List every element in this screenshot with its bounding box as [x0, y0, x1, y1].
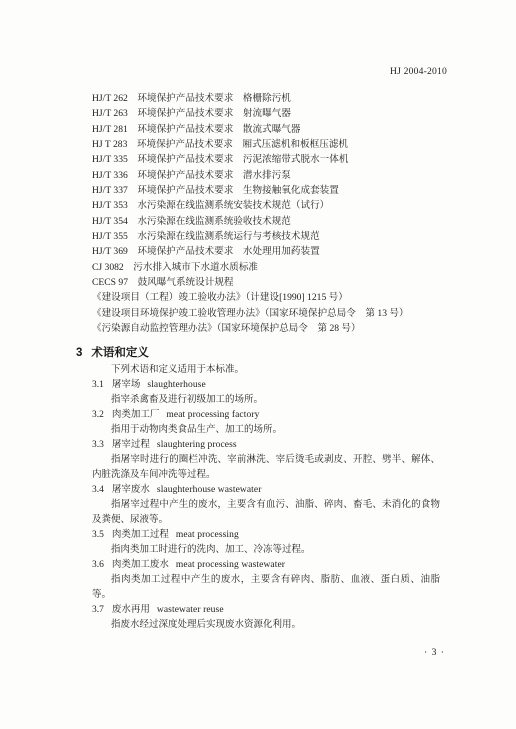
term-name-zh: 屠宰场 [112, 380, 141, 390]
reference-item: HJ/T 354 水污染源在线监测系统验收技术规范 [92, 214, 446, 229]
reference-item: HJ/T 335 环境保护产品技术要求 污泥浓缩带式脱水一体机 [92, 152, 446, 167]
term-definition: 指废水经过深度处理后实现废水资源化利用。 [92, 618, 440, 633]
term-name-zh: 肉类加工厂 [112, 410, 160, 420]
reference-item: HJ/T 263 环境保护产品技术要求 射流曝气器 [92, 106, 446, 121]
document-page: HJ 2004-2010 HJ/T 262 环境保护产品技术要求 格栅除污机 H… [0, 0, 516, 729]
term-definition: 指屠宰时进行的圈栏冲洗、宰前淋洗、宰后烫毛或剥皮、开腔、劈半、解体、内脏洗涤及车… [92, 453, 440, 483]
term-definition: 指宰杀禽畜及进行初级加工的场所。 [92, 393, 440, 408]
term-name-en: meat processing wastewater [176, 560, 285, 570]
reference-item: HJ/T 353 水污染源在线监测系统安装技术规范（试行） [92, 198, 446, 213]
term-number: 3.2 [92, 408, 104, 423]
section-title: 术语和定义 [91, 347, 149, 359]
term-name-en: slaughterhouse [147, 380, 205, 390]
reference-item: HJ T 283 环境保护产品技术要求 厢式压滤机和板框压滤机 [92, 137, 446, 152]
term-number: 3.5 [92, 528, 104, 543]
term-name-zh: 肉类加工过程 [112, 530, 169, 540]
term-name-en: meat processing factory [166, 410, 259, 420]
reference-item: 《污染源自动监控管理办法》（国家环境保护总局令 第 28 号） [92, 321, 446, 336]
term-definition: 指屠宰过程中产生的废水，主要含有血污、油脂、碎肉、畜毛、未消化的食物及粪便、尿液… [92, 498, 440, 528]
term-number: 3.4 [92, 483, 104, 498]
section-intro: 下列术语和定义适用于本标准。 [92, 363, 440, 378]
reference-item: HJ/T 262 环境保护产品技术要求 格栅除污机 [92, 91, 446, 106]
reference-item: 《建设项目环境保护竣工验收管理办法》（国家环境保护总局令 第 13 号） [92, 306, 446, 321]
reference-item: CECS 97 鼓风曝气系统设计规程 [92, 275, 446, 290]
term-definition: 指用于动物肉类食品生产、加工的场所。 [92, 423, 440, 438]
reference-item: HJ/T 337 环境保护产品技术要求 生物接触氧化成套装置 [92, 183, 446, 198]
term-name-en: meat processing [176, 530, 239, 540]
section-number: 3 [76, 347, 82, 359]
term-heading: 3.4屠宰废水slaughterhouse wastewater [92, 483, 440, 498]
term-name-en: slaughtering process [157, 440, 237, 450]
term-definition: 指肉类加工过程中产生的废水，主要含有碎肉、脂肪、血液、蛋白质、油脂等。 [92, 573, 440, 603]
term-name-zh: 废水再用 [112, 605, 150, 615]
page-number: · 3 · [424, 647, 445, 658]
term-heading: 3.3屠宰过程slaughtering process [92, 438, 440, 453]
term-number: 3.7 [92, 603, 104, 618]
term-heading: 3.6肉类加工废水meat processing wastewater [92, 558, 440, 573]
normative-references-list: HJ/T 262 环境保护产品技术要求 格栅除污机 HJ/T 263 环境保护产… [92, 91, 446, 337]
reference-item: HJ/T 336 环境保护产品技术要求 潜水排污泵 [92, 168, 446, 183]
term-heading: 3.1屠宰场slaughterhouse [92, 378, 440, 393]
reference-item: HJ/T 369 环境保护产品技术要求 水处理用加药装置 [92, 244, 446, 259]
reference-item: CJ 3082 污水排入城市下水道水质标准 [92, 260, 446, 275]
term-name-zh: 屠宰过程 [112, 440, 150, 450]
section-heading: 3术语和定义 [76, 344, 149, 360]
terms-and-definitions: 下列术语和定义适用于本标准。 3.1屠宰场slaughterhouse 指宰杀禽… [92, 363, 440, 633]
term-name-en: slaughterhouse wastewater [157, 485, 262, 495]
term-heading: 3.7废水再用wastewater reuse [92, 603, 440, 618]
term-name-zh: 肉类加工废水 [112, 560, 169, 570]
term-heading: 3.2肉类加工厂meat processing factory [92, 408, 440, 423]
reference-item: HJ/T 281 环境保护产品技术要求 散流式曝气器 [92, 122, 446, 137]
reference-item: HJ/T 355 水污染源在线监测系统运行与考核技术规范 [92, 229, 446, 244]
term-definition: 指肉类加工时进行的洗肉、加工、冷冻等过程。 [92, 543, 440, 558]
term-number: 3.6 [92, 558, 104, 573]
term-name-en: wastewater reuse [157, 605, 224, 615]
term-number: 3.1 [92, 378, 104, 393]
term-name-zh: 屠宰废水 [112, 485, 150, 495]
term-number: 3.3 [92, 438, 104, 453]
running-header-standard-number: HJ 2004-2010 [390, 66, 447, 77]
reference-item: 《建设项目（工程）竣工验收办法》（计建设[1990] 1215 号） [92, 290, 446, 305]
term-heading: 3.5肉类加工过程meat processing [92, 528, 440, 543]
